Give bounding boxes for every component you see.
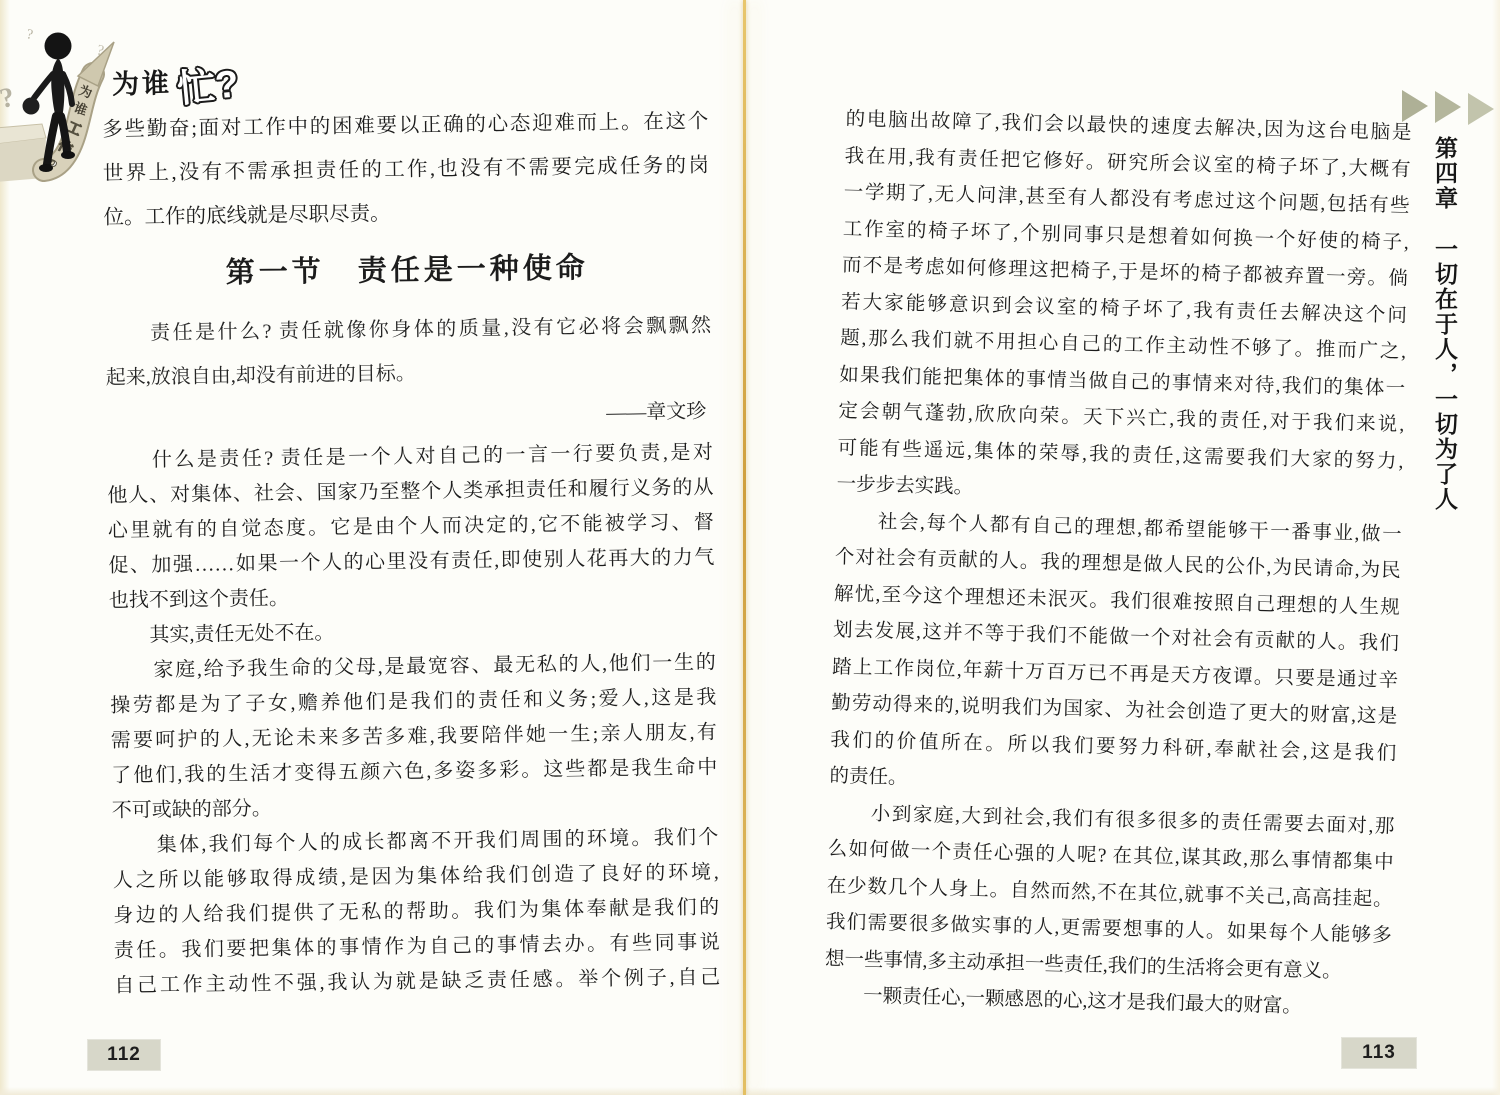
- chapter-sidebar: 第四章一切在于人，一切为了人: [1428, 136, 1462, 512]
- text-line: 世界上,没有不需承担责任的工作,也没有不需要完成任务的岗: [103, 144, 710, 196]
- right-page-text: 的电脑出故障了,我们会以最快的速度去解决,因为这台电脑是我在用,我有责任把它修好…: [824, 102, 1412, 1028]
- paper-edge-right: [1492, 0, 1500, 1095]
- question-mark-icon: ?: [0, 82, 17, 115]
- left-page-text: 多些勤奋;面对工作中的困难要以正确的心态迎难而上。在这个世界上,没有不需承担责任…: [102, 100, 720, 1004]
- brand-title: 为谁忙?: [111, 54, 239, 112]
- chevron-right-icon: [1402, 90, 1428, 122]
- book-spread: { "colors":{"ink":"#1c1c1c","paper":"#fd…: [0, 0, 1500, 1095]
- page-number-right: 113: [1342, 1038, 1416, 1068]
- chevron-right-icon: [1468, 93, 1494, 125]
- text-line: 位。工作的底线就是尽职尽责。: [103, 188, 710, 240]
- text-line: 责任是什么? 责任就像你身体的质量,没有它必将会飘飘然: [105, 304, 712, 356]
- quote-attribution: ——章文珍: [106, 392, 712, 440]
- brand-stylized: 忙?: [174, 52, 240, 113]
- paper-edge-bottom: [0, 1087, 1500, 1095]
- chapter-number: 第四章: [1428, 136, 1462, 211]
- paragraph: 多些勤奋;面对工作中的困难要以正确的心态迎难而上。在这个世界上,没有不需承担责任…: [102, 100, 710, 240]
- brand-prefix: 为谁: [112, 68, 173, 100]
- question-mark-icon: ?: [25, 27, 34, 43]
- paragraph: 责任是什么? 责任就像你身体的质量,没有它必将会飘飘然起来,放浪自由,却没有前进…: [105, 304, 712, 400]
- page-number-left: 112: [88, 1040, 160, 1070]
- chevron-right-icon: [1435, 91, 1461, 123]
- chapter-chevrons: [1402, 88, 1498, 128]
- paragraph: 什么是责任? 责任是一个人对自己的一言一行要负责,是对他人、对集体、社会、国家乃…: [107, 436, 721, 1004]
- paragraph: 的电脑出故障了,我们会以最快的速度去解决,因为这台电脑是我在用,我有责任把它修好…: [824, 102, 1412, 1028]
- figure-bag: [23, 98, 40, 115]
- figure-head: [45, 33, 72, 60]
- section-heading: 第一节 责任是一种使命: [104, 246, 711, 296]
- chapter-title: 一切在于人，一切为了人: [1432, 237, 1458, 512]
- text-line: 自己工作主动性不强,我认为就是缺乏责任感。举个例子,自己: [114, 960, 720, 1003]
- book-spine-divider: [743, 0, 746, 1095]
